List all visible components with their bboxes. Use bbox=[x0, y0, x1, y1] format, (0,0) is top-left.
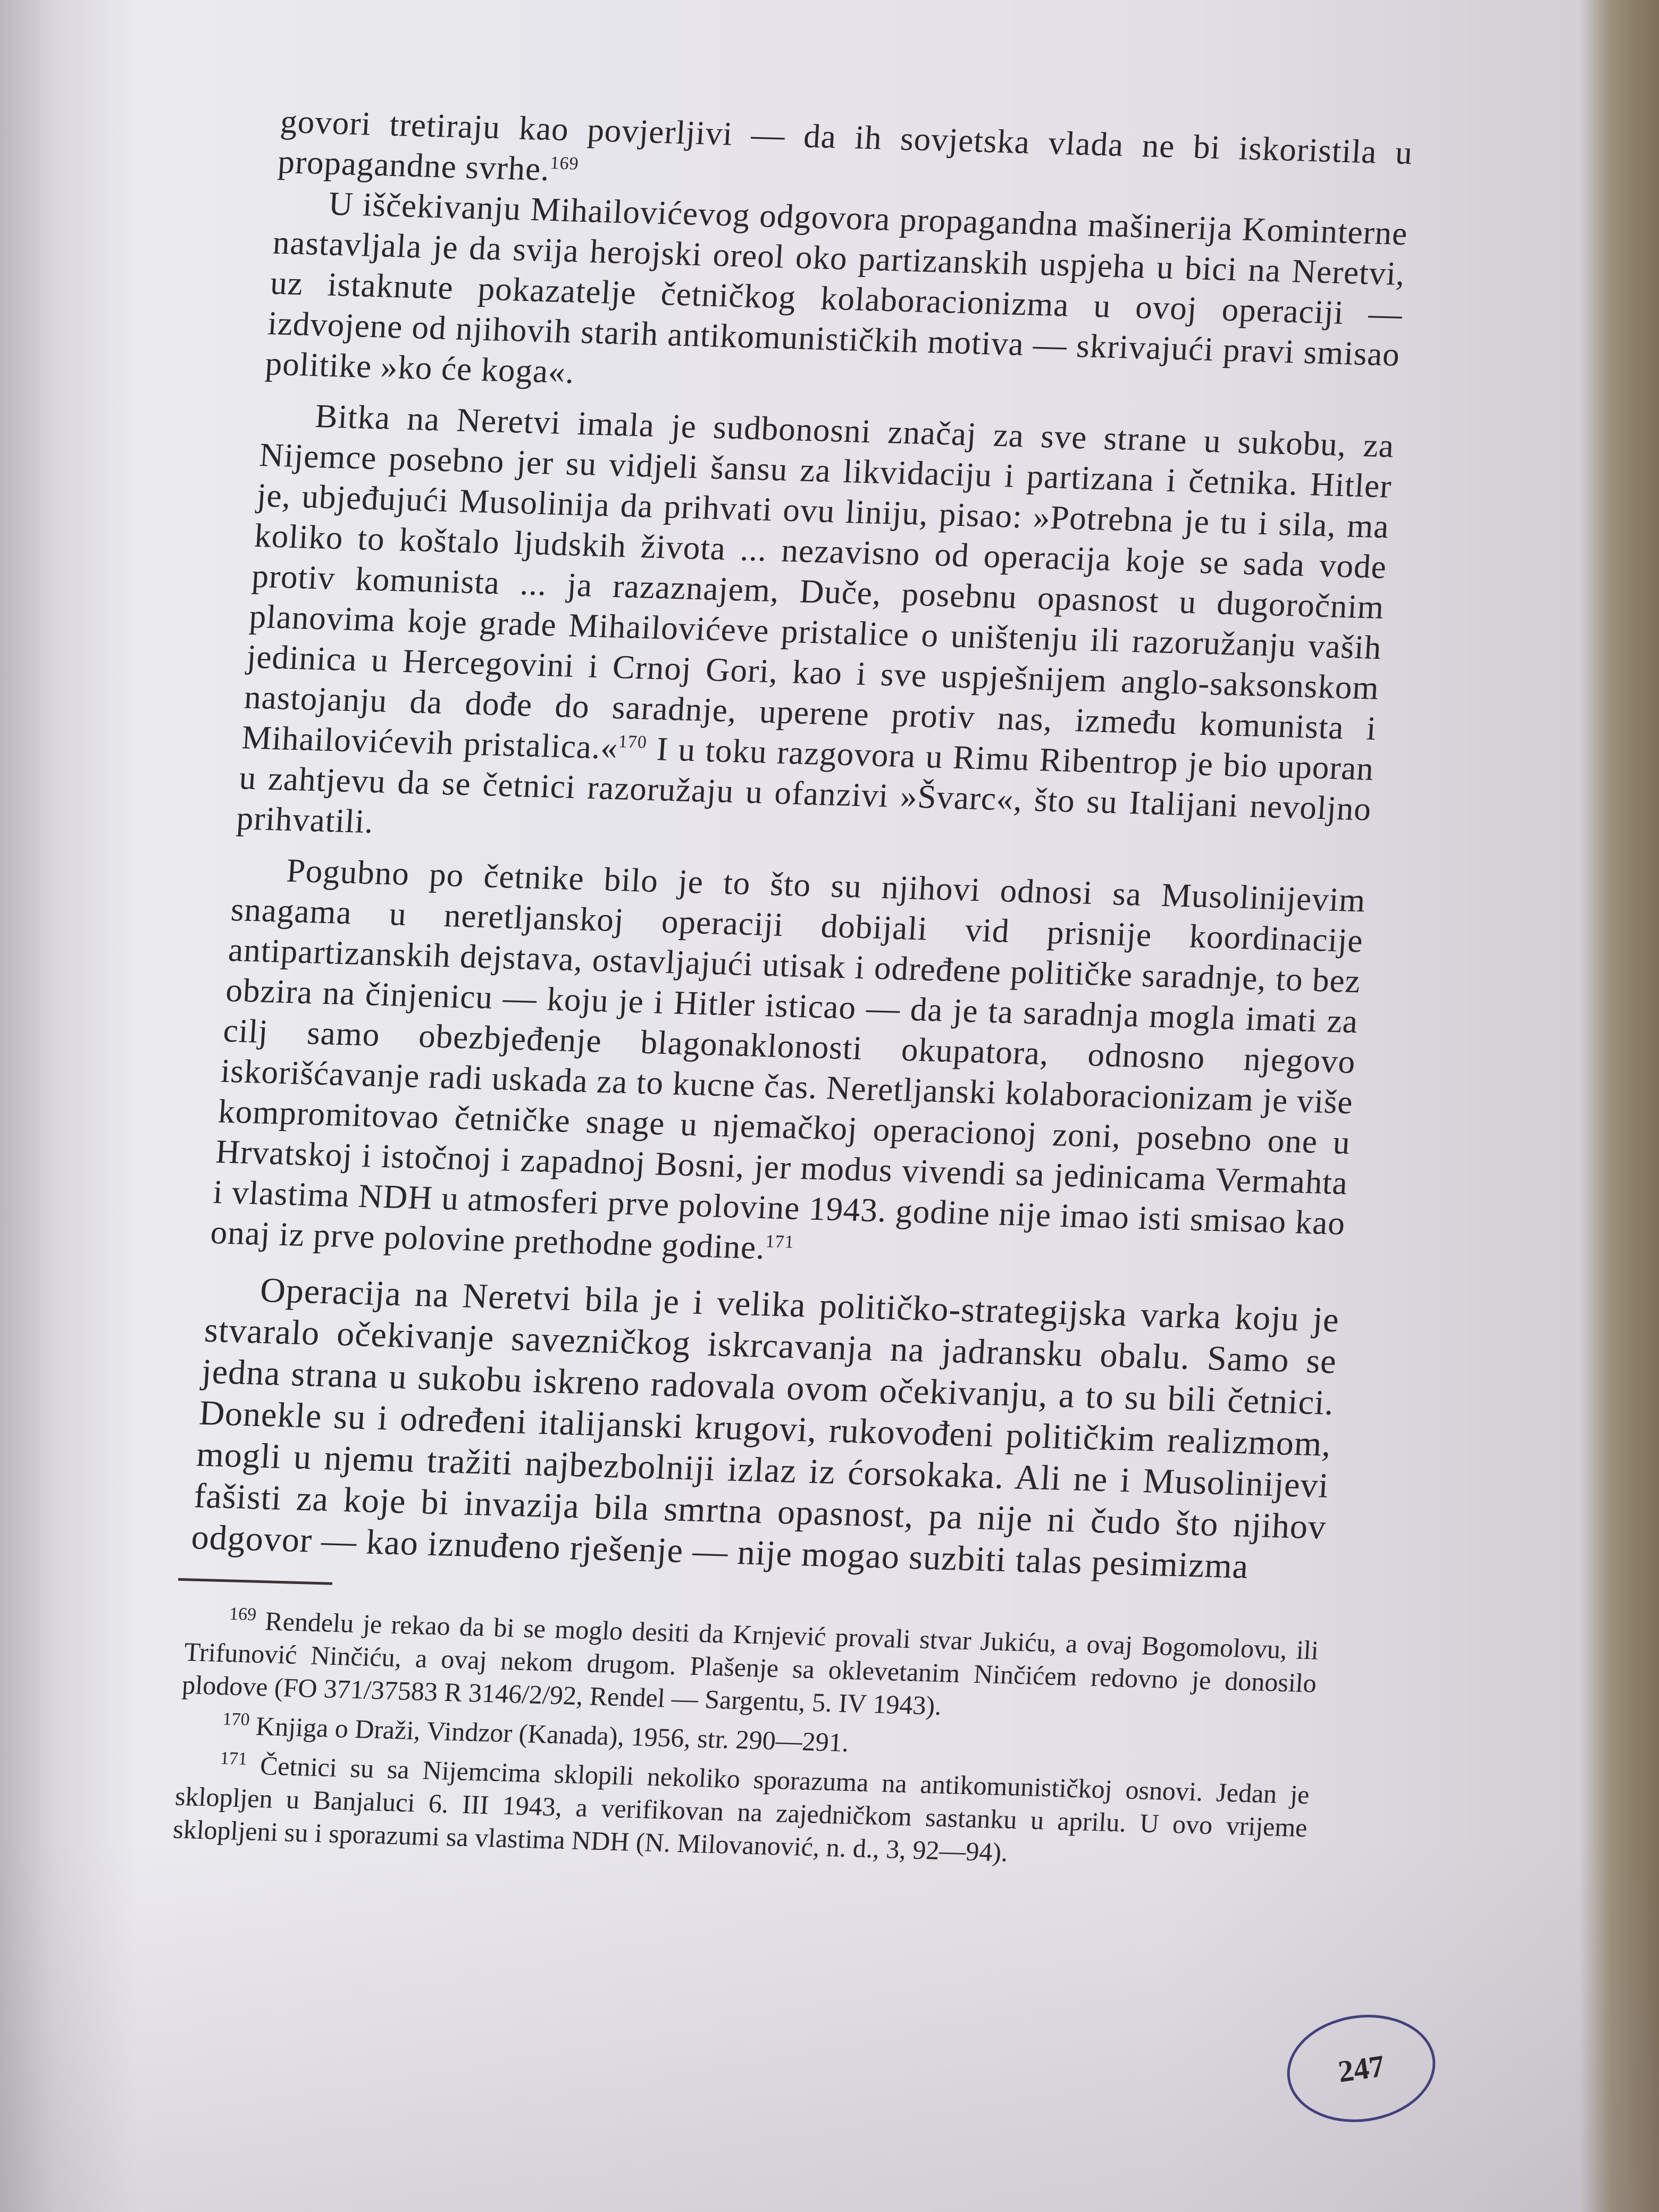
paragraph-5: Operacija na Neretvi bila je i velika po… bbox=[190, 1268, 1340, 1590]
book-page: govori tretiraju kao povjerljivi — da ih… bbox=[172, 101, 1414, 1877]
footnotes: 169 Rendelu je rekao da bi se moglo desi… bbox=[172, 1602, 1320, 1877]
page-number: 247 bbox=[1336, 2048, 1386, 2089]
body-text-upper: govori tretiraju kao povjerljivi — da ih… bbox=[210, 101, 1414, 1284]
body-text-lower: Operacija na Neretvi bila je i velika po… bbox=[190, 1268, 1340, 1590]
paragraph-text: U iščekivanju Mihailovićevog odgovora pr… bbox=[264, 185, 1409, 391]
footnote-number: 170 bbox=[222, 1709, 250, 1729]
paragraph-3: Bitka na Neretvi imala je sudbonosni zna… bbox=[236, 394, 1396, 869]
paragraph-2: U iščekivanju Mihailovićevog odgovora pr… bbox=[264, 182, 1409, 415]
footnote-number: 171 bbox=[220, 1748, 248, 1769]
footnote-ref: 169 bbox=[550, 153, 580, 173]
footnote-ref: 170 bbox=[618, 732, 648, 752]
paragraph-text: Operacija na Neretvi bila je i velika po… bbox=[190, 1271, 1340, 1586]
paragraph-text: Pogubno po četnike bilo je to što su nji… bbox=[210, 852, 1367, 1266]
footnote-text: Knjiga o Draži, Vindzor (Kanada), 1956, … bbox=[255, 1711, 850, 1757]
footnote-text: Rendelu je rekao da bi se moglo desiti d… bbox=[181, 1606, 1319, 1721]
footnote-divider bbox=[178, 1578, 332, 1585]
footnote-ref: 171 bbox=[765, 1231, 795, 1252]
footnote-text: Četnici su sa Nijemcima sklopili nekolik… bbox=[172, 1750, 1310, 1867]
paragraph-4: Pogubno po četnike bilo je to što su nji… bbox=[210, 849, 1367, 1284]
paragraph-text: govori tretiraju kao povjerljivi — da ih… bbox=[277, 103, 1414, 188]
paragraph-text: Bitka na Neretvi imala je sudbonosni zna… bbox=[241, 397, 1396, 766]
footnote-number: 169 bbox=[229, 1604, 257, 1624]
